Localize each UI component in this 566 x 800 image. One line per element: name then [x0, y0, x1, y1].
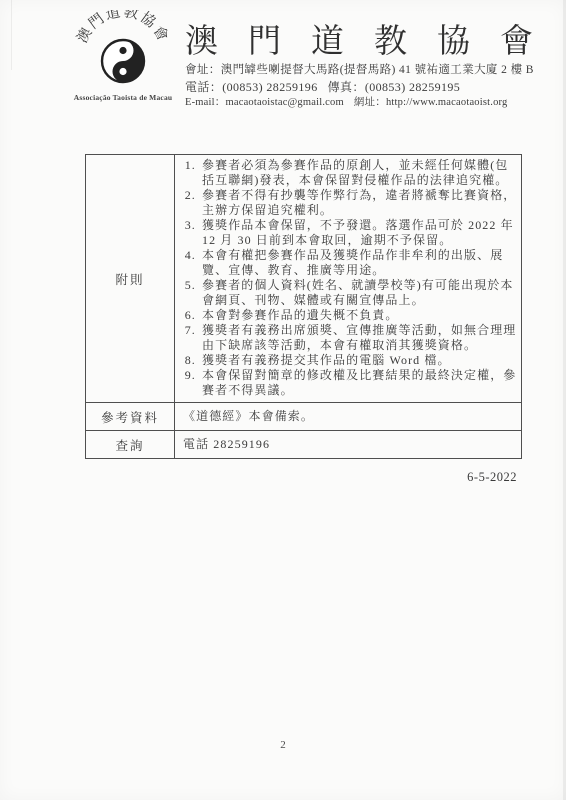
- yin-yang-logo-icon: 澳門道教協會: [62, 10, 184, 92]
- rules-table: 附則 參賽者必須為參賽作品的原創人，並未經任何媒體(包括互聯網)發表，本會保留對…: [85, 154, 522, 459]
- annex-item-6: 本會對參賽作品的遺失概不負責。: [200, 308, 517, 323]
- annex-item-2: 參賽者不得有抄襲等作弊行為，違者將褫奪比賽資格，主辦方保留追究權利。: [200, 188, 517, 218]
- address-label: 會址：: [185, 64, 221, 76]
- annex-item-3: 獲獎作品本會保留，不予發還。落選作品可於 2022 年 12 月 30 日前到本…: [200, 218, 517, 248]
- table-row-inquiry: 查詢 電話 28259196: [86, 431, 522, 459]
- annex-item-5: 參賽者的個人資料(姓名、就讀學校等)有可能出現於本會網頁、刊物、媒體或有關宣傳品…: [200, 278, 517, 308]
- annex-row-label: 附則: [86, 155, 175, 403]
- email-value: macaotaoistac@gmail.com: [225, 97, 343, 108]
- org-title: 澳門道教協會: [185, 22, 557, 62]
- page-number: 2: [0, 739, 566, 751]
- inquiry-row-content: 電話 28259196: [175, 431, 522, 459]
- fax-value: (00853) 28259195: [365, 80, 460, 94]
- address-value: 澳門罅些喇提督大馬路(提督馬路) 41 號祐適工業大廈 2 樓 B: [221, 64, 534, 76]
- email-website-line: E-mail：macaotaoistac@gmail.com網址：http://…: [185, 95, 557, 110]
- table-row-annex: 附則 參賽者必須為參賽作品的原創人，並未經任何媒體(包括互聯網)發表，本會保留對…: [86, 155, 522, 403]
- annex-item-9: 本會保留對簡章的修改權及比賽結果的最終決定權，參賽者不得異議。: [200, 368, 517, 398]
- document-date: 6-5-2022: [467, 470, 517, 485]
- annex-item-7: 獲獎者有義務出席頒獎、宣傳推廣等活動，如無合理理由下缺席該等活動，本會有權取消其…: [200, 323, 517, 353]
- fax-label: 傳真：: [328, 80, 365, 94]
- annex-item-4: 本會有權把參賽作品及獲獎作品作非牟利的出版、展覽、宣傳、教育、推廣等用途。: [200, 248, 517, 278]
- email-label: E-mail：: [185, 97, 225, 108]
- phone-fax-line: 電話：(00853) 28259196傳真：(00853) 28259195: [185, 79, 557, 95]
- annex-item-8: 獲獎者有義務提交其作品的電腦 Word 檔。: [200, 353, 517, 368]
- table-row-reference: 參考資料 《道德經》本會備索。: [86, 403, 522, 431]
- website-label: 網址：: [354, 97, 386, 108]
- association-logo: 澳門道教協會 Associação Taoista de Macau: [62, 10, 184, 102]
- phone-label: 電話：: [185, 80, 222, 94]
- address-line: 會址：澳門罅些喇提督大馬路(提督馬路) 41 號祐適工業大廈 2 樓 B: [185, 63, 557, 79]
- logo-subtitle: Associação Taoista de Macau: [62, 93, 184, 102]
- website-value: http://www.macaotaoist.org: [386, 97, 508, 108]
- taijitu-symbol: [102, 40, 144, 82]
- annex-item-1: 參賽者必須為參賽作品的原創人，並未經任何媒體(包括互聯網)發表，本會保留對侵權作…: [200, 158, 517, 188]
- reference-row-content: 《道德經》本會備索。: [175, 403, 522, 431]
- letterhead: 澳門道教協會 會址：澳門罅些喇提督大馬路(提督馬路) 41 號祐適工業大廈 2 …: [185, 22, 557, 110]
- inquiry-row-label: 查詢: [86, 431, 175, 459]
- annex-items-list: 參賽者必須為參賽作品的原創人，並未經任何媒體(包括互聯網)發表，本會保留對侵權作…: [183, 158, 517, 398]
- phone-value: (00853) 28259196: [222, 80, 317, 94]
- annex-row-content: 參賽者必須為參賽作品的原創人，並未經任何媒體(包括互聯網)發表，本會保留對侵權作…: [175, 155, 522, 403]
- reference-row-label: 參考資料: [86, 403, 175, 431]
- document-page: 澳門道教協會 Associação Taoista de Macau 澳門道教協…: [0, 0, 566, 800]
